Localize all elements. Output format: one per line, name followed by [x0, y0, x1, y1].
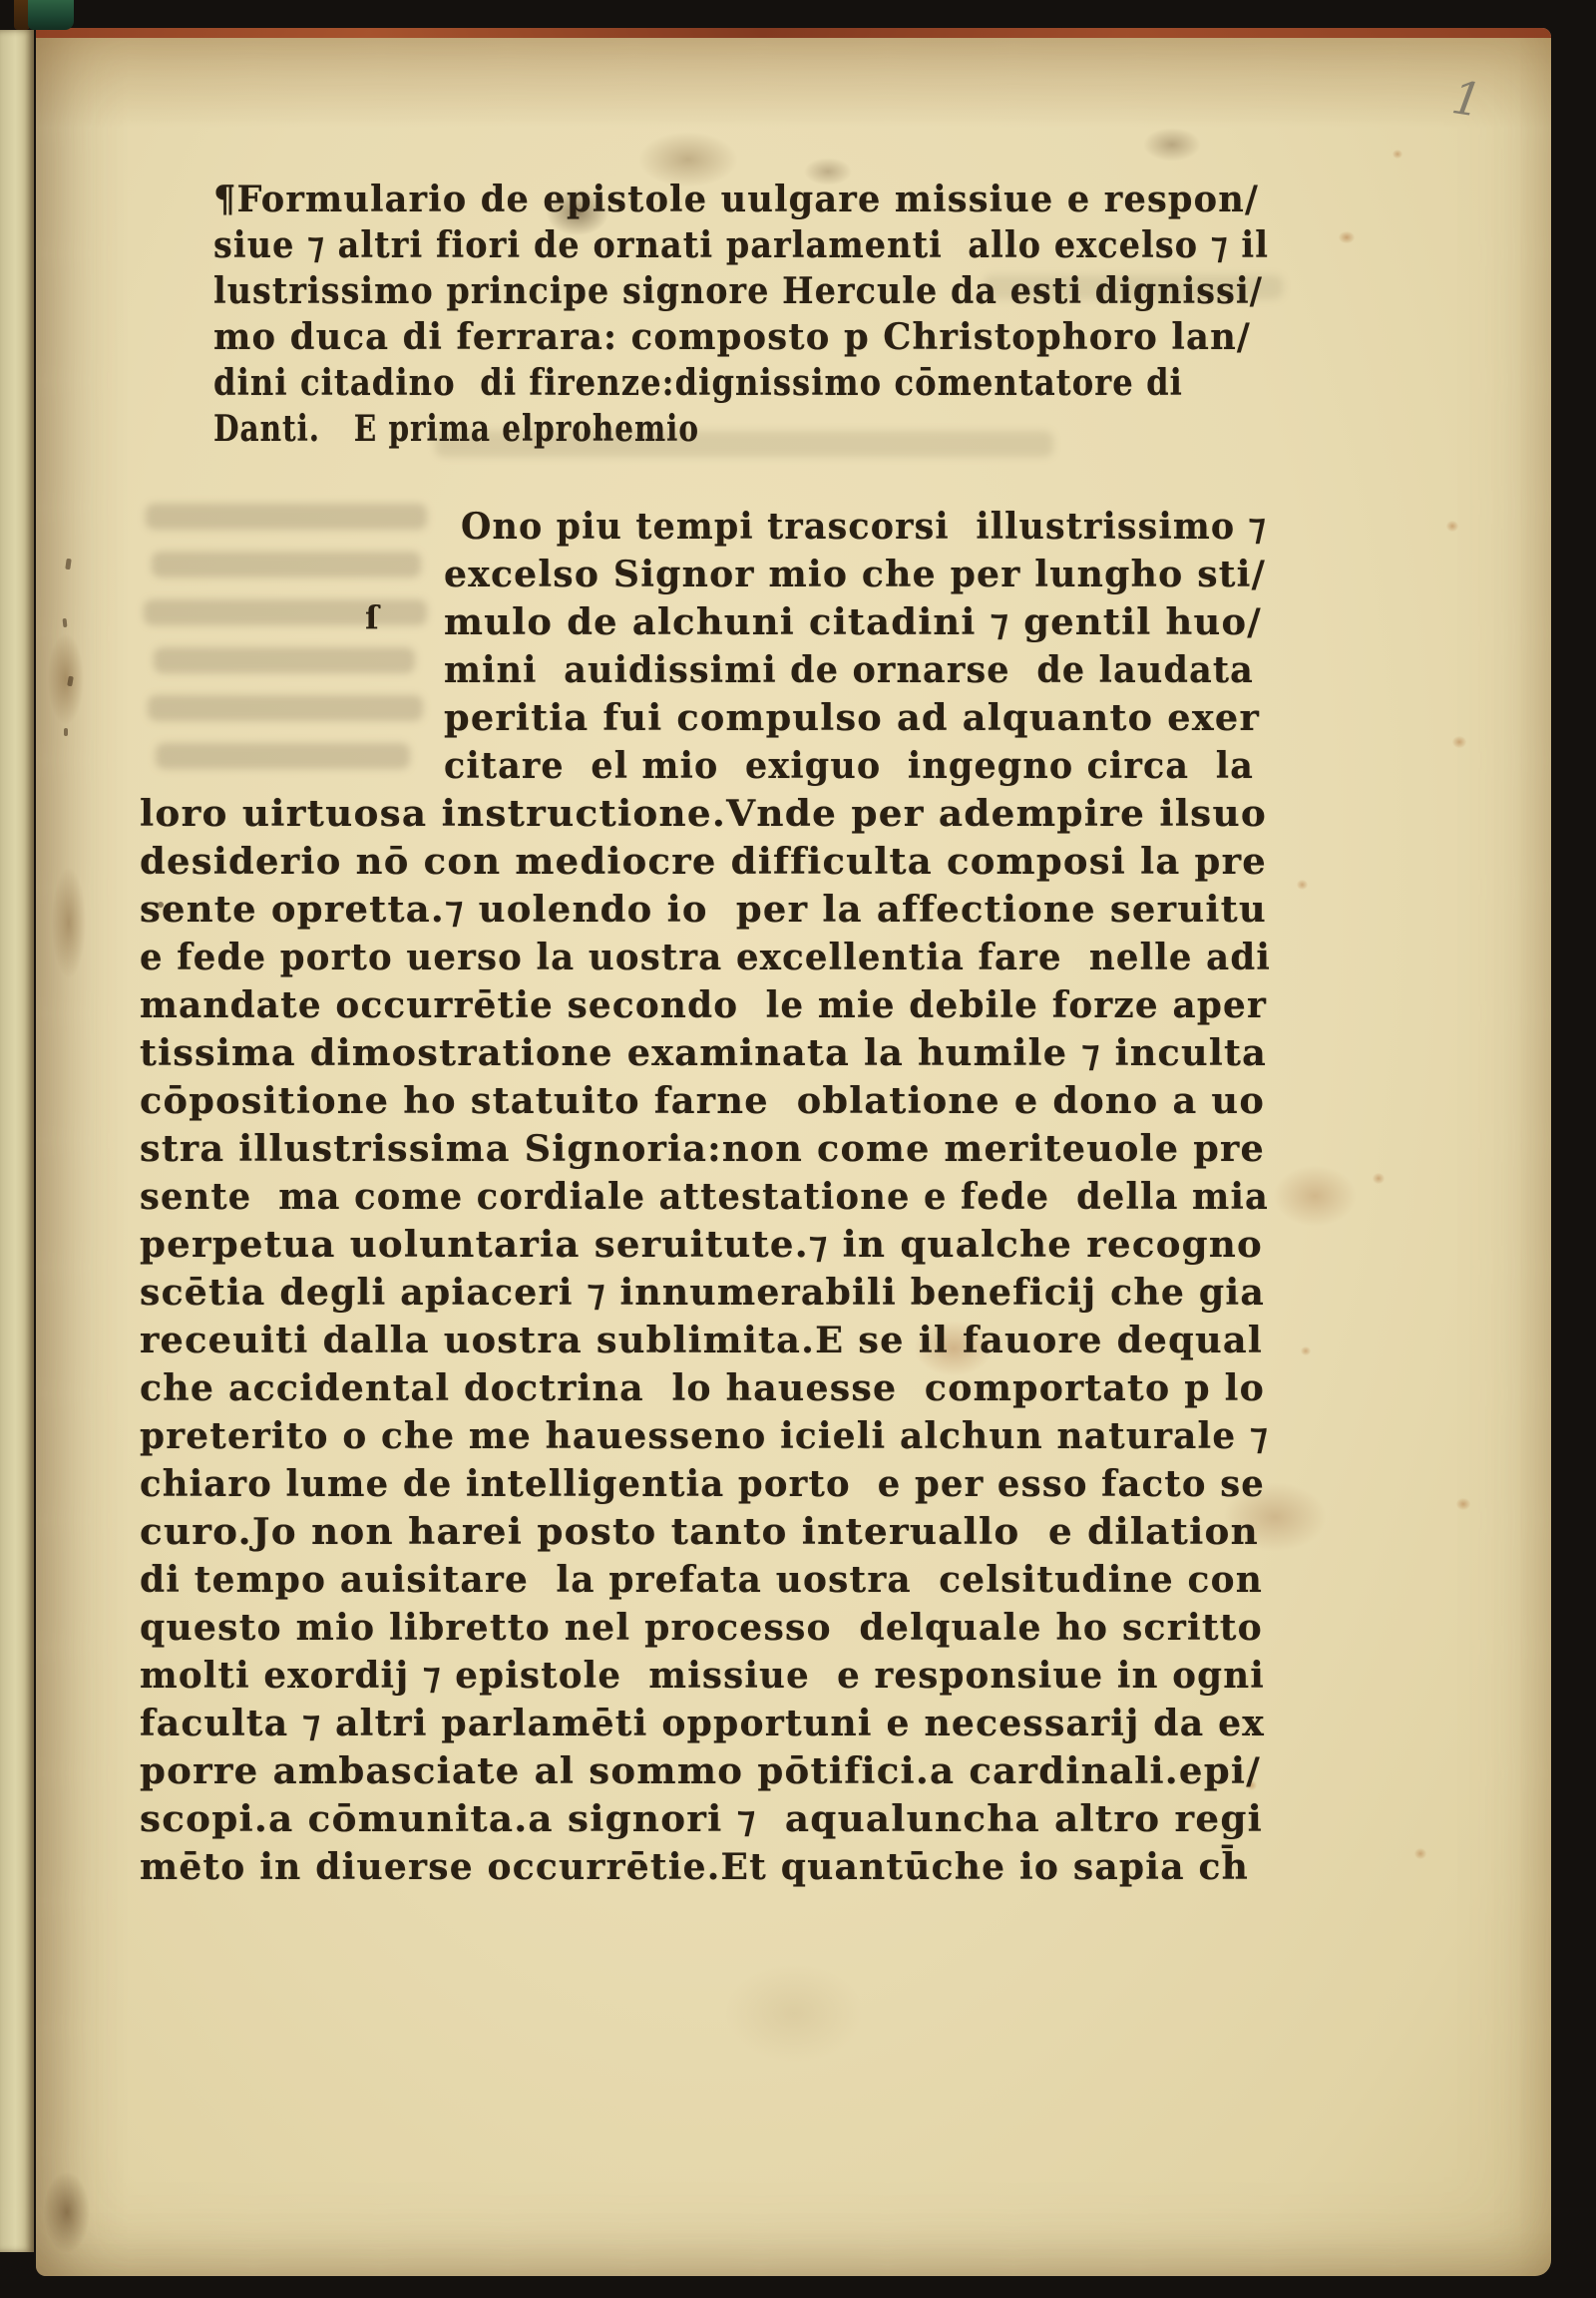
text-line: di tempo auisitare la prefata uostra cel… [140, 1560, 1263, 1600]
text-line: peritia fui compulso ad alquanto exer [444, 698, 1260, 738]
headband-fragment [28, 0, 74, 30]
text-line: scopi.a cōmunita.a signori ⁊ aqualuncha … [140, 1799, 1263, 1839]
text-line: excelso Signor mio che per lungho sti/ [444, 555, 1266, 594]
foxing-spot [1446, 521, 1458, 532]
text-line: scētia degli apiaceri ⁊ innumerabili ben… [140, 1273, 1265, 1313]
text-line: mulo de alchuni citadini ⁊ gentil huo/ [444, 602, 1262, 642]
text-line: perpetua uoluntaria seruitute.⁊ in qualc… [140, 1225, 1263, 1265]
text-line: loro uirtuosa instructione.Vnde per adem… [140, 794, 1267, 834]
text-line: preterito o che me hauesseno icieli alch… [140, 1416, 1269, 1456]
foxing-spot [1373, 1173, 1385, 1184]
text-line: citare el mio exiguo ingegno circa la [444, 746, 1254, 786]
text-line: mini auidissimi de ornarse de laudata [444, 650, 1254, 690]
stain [1273, 1165, 1357, 1227]
text-line: curo.Jo non harei posto tanto interuallo… [140, 1512, 1259, 1552]
stain [1143, 128, 1201, 162]
foxing-spot [1414, 1848, 1426, 1859]
text-line: sente opretta.⁊ uolendo io per la affect… [140, 890, 1267, 930]
text-line: ¶Formulario de epistole uulgare missiue … [213, 180, 1259, 219]
ink-speck [63, 618, 68, 627]
text-line: sente ma come cordiale attestatione e fe… [140, 1177, 1269, 1217]
text-line: questo mio libretto nel processo delqual… [140, 1608, 1263, 1648]
text-line: che accidental doctrina lo hauesse compo… [140, 1368, 1265, 1408]
text-line: e fede porto uerso la uostra excellentia… [140, 938, 1271, 977]
text-line: cōpositione ho statuito farne oblatione … [140, 1081, 1265, 1121]
foxing-spot [1339, 231, 1355, 243]
stain [724, 1963, 864, 2063]
foxing-spot [1452, 736, 1466, 748]
foxing-spot [1393, 150, 1402, 159]
text-line: stra illustrissima Signoria:non come mer… [140, 1129, 1265, 1169]
text-line: Ono piu tempi trascorsi illustrissimo ⁊ [461, 507, 1267, 547]
text-line: mo duca di ferrara: composto p Christoph… [213, 317, 1251, 357]
gutter-stain [48, 634, 84, 724]
text-line: mēto in diuerse occurrētie.Et quantūche … [140, 1847, 1249, 1887]
foxing-spot [1297, 880, 1308, 890]
text-line: porre ambasciate al sommo pōtifici.a car… [140, 1751, 1261, 1791]
text-line: siue ⁊ altri fiori de ornati parlamenti … [213, 225, 1269, 265]
guide-letter: ſ [365, 598, 379, 636]
text-line: dini citadino di firenze:dignissimo cōme… [213, 363, 1183, 403]
text-line: chiaro lume de intelligentia porto e per… [140, 1464, 1265, 1504]
text-line: faculta ⁊ altri parlamēti opportuni e ne… [140, 1704, 1265, 1743]
scan-background: { "page": { "folio": "1", "colors": { "p… [0, 0, 1596, 2298]
foxing-spot [1301, 1346, 1311, 1355]
text-line: desiderio nō con mediocre difficulta com… [140, 842, 1267, 882]
text-line: tissima dimostratione examinata la humil… [140, 1033, 1267, 1073]
book-page: ¶Formulario de epistole uulgare missiue … [36, 28, 1551, 2276]
ink-speck [65, 559, 71, 571]
text-line: molti exordij ⁊ epistole missiue e respo… [140, 1656, 1265, 1696]
gutter-stain [52, 868, 86, 977]
text-line: receuiti dalla uostra sublimita.E se il … [140, 1321, 1263, 1360]
ink-speck [64, 728, 68, 736]
foxing-spot [1456, 1498, 1470, 1510]
text-line: Danti. E prima elprohemio [213, 409, 699, 449]
gutter-stain [44, 2172, 90, 2252]
flyleaf-edge [0, 30, 34, 2252]
text-line: lustrissimo principe signore Hercule da … [213, 271, 1263, 311]
text-line: mandate occurrētie secondo le mie debile… [140, 985, 1267, 1025]
